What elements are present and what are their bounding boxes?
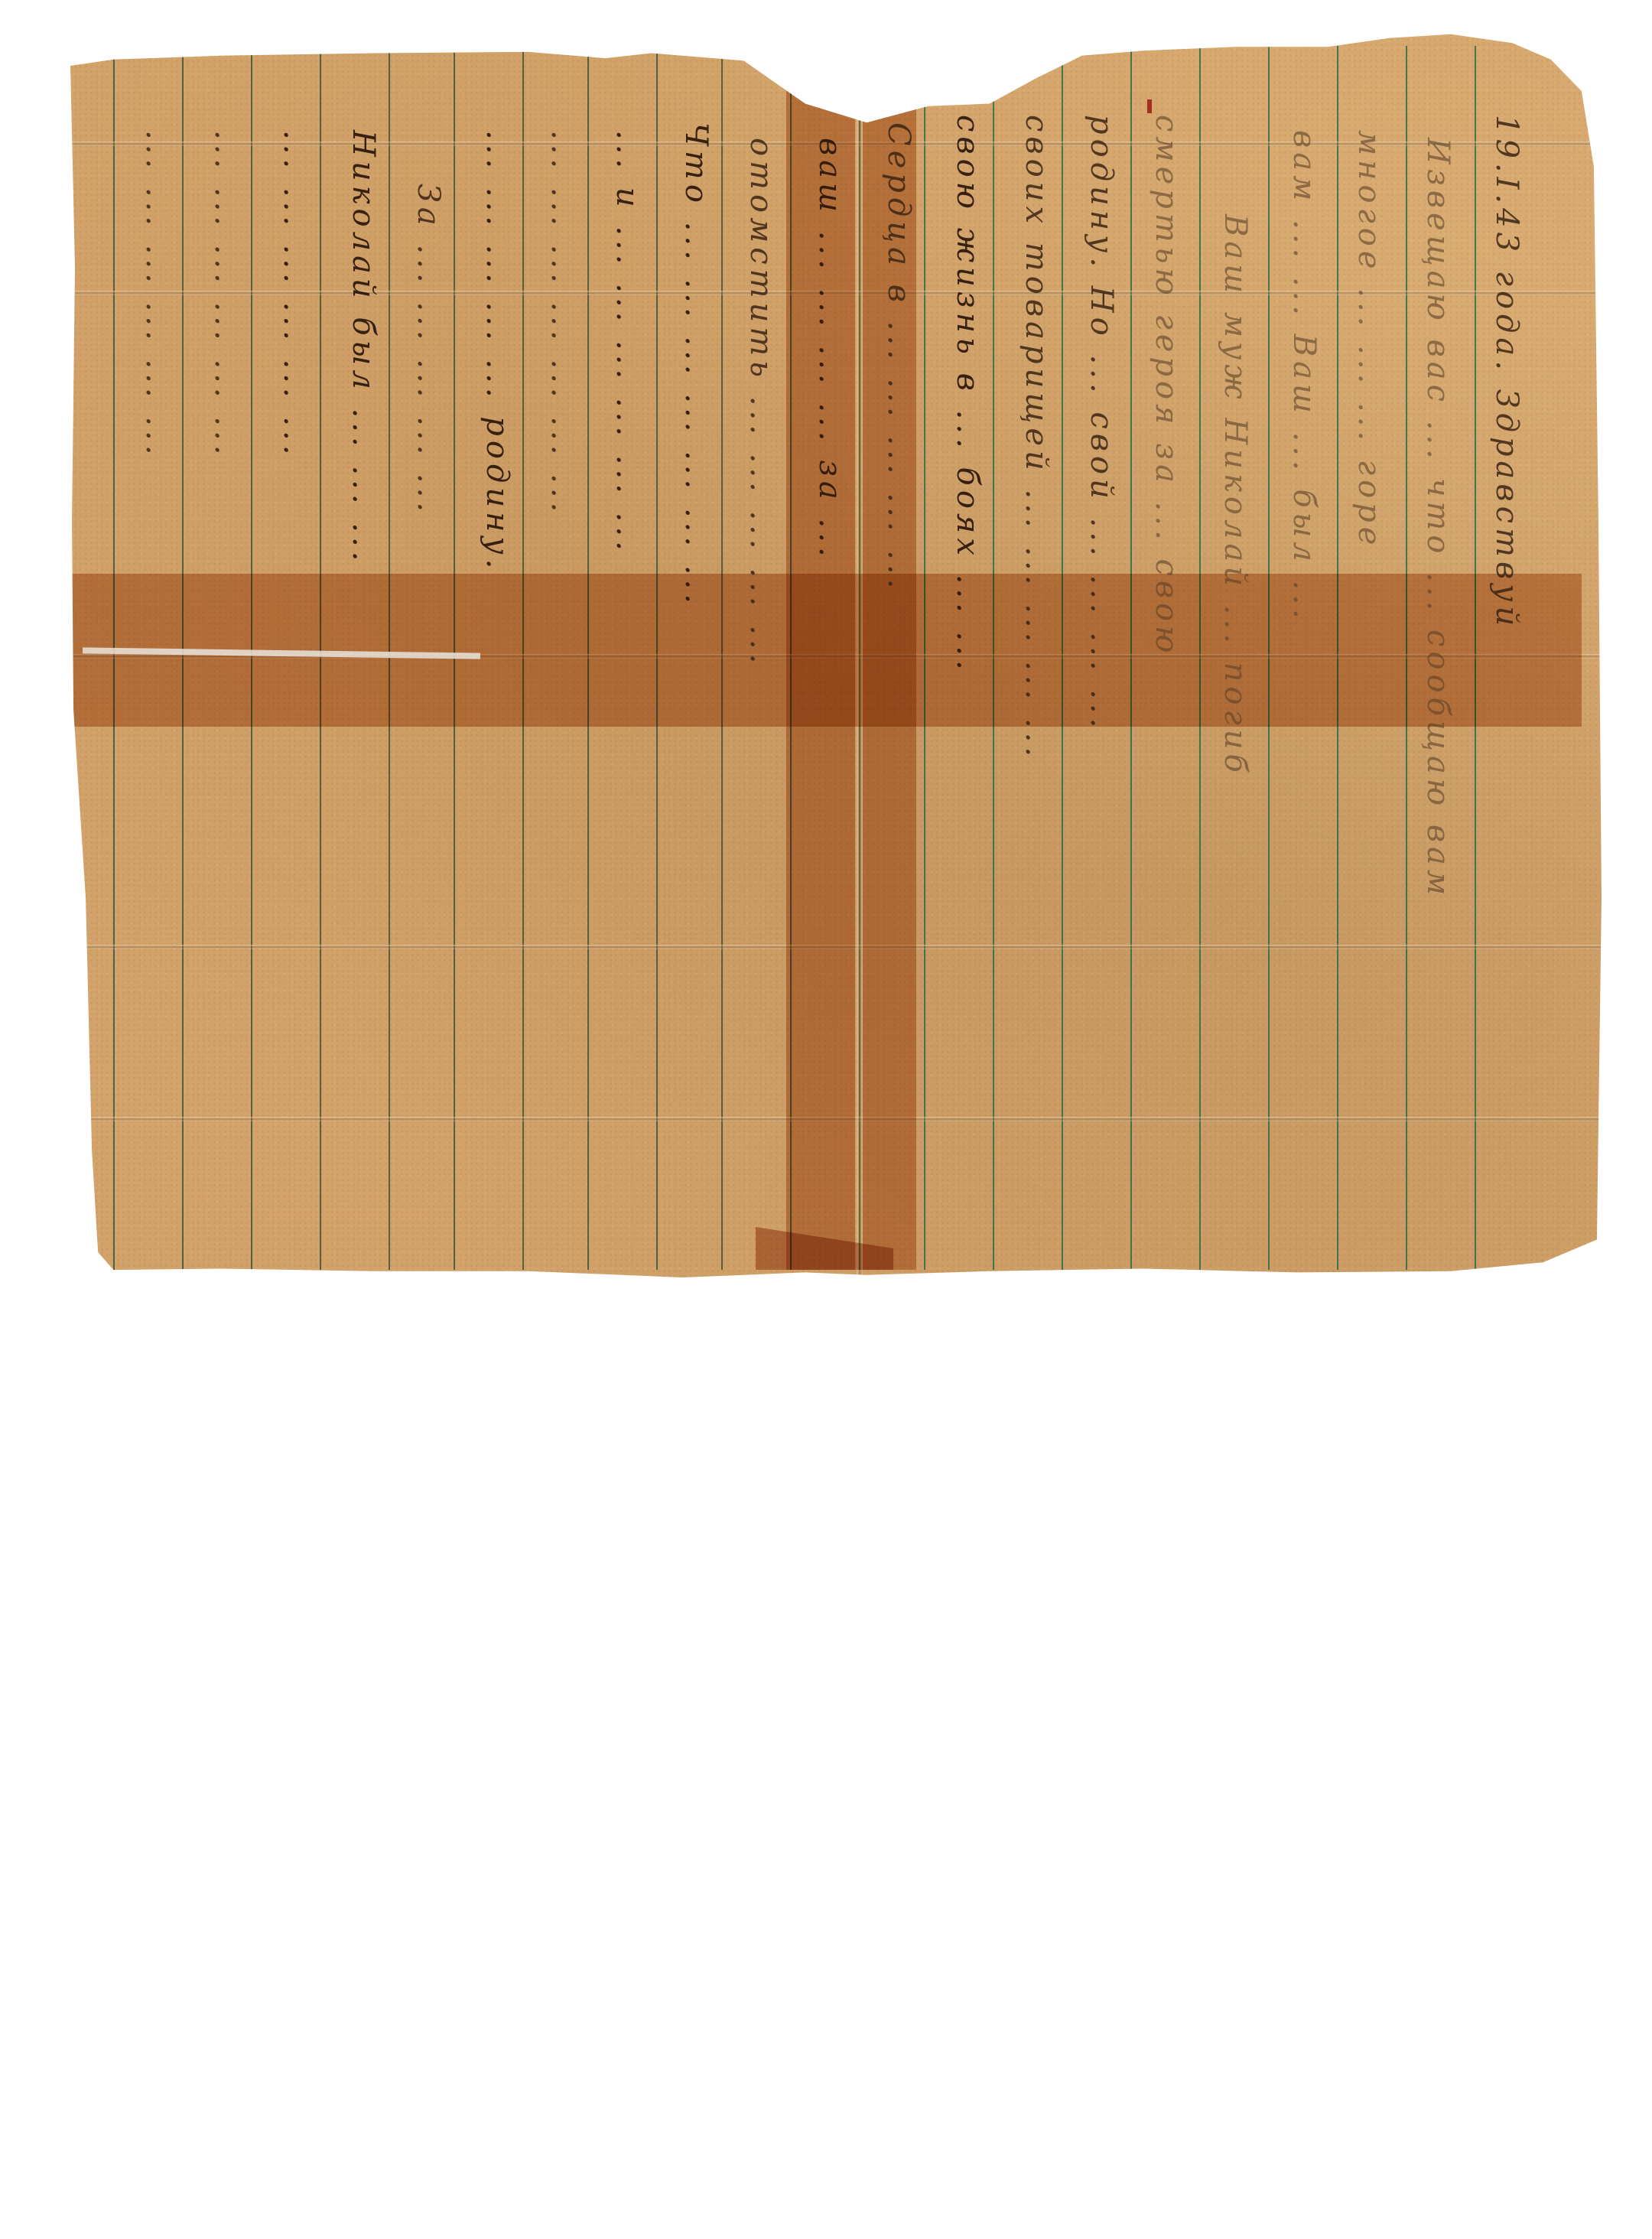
letter-line: Николай был ... ... ...	[346, 130, 381, 565]
letter-line: ... и ... ... ... ... ... ...	[610, 130, 645, 555]
letter-line: Извещаю вас ... что ... сообщаю вам	[1420, 138, 1455, 900]
letter-line: смертью героя за ... свою	[1149, 115, 1184, 657]
red-ink-mark	[1147, 99, 1152, 113]
letter-line: родину. Но ... свой ... ... ... ...	[1084, 115, 1119, 732]
letter-line: Что ... ... ... ... ... ... ...	[678, 122, 714, 608]
letter-line: Сердца в ... ... ... ... ...	[881, 122, 916, 593]
letter-line: вам ... ... Ваш ... был ...	[1286, 130, 1322, 623]
letter-paper: 19.I.43 года. Здравствуй Извещаю вас ...…	[67, 15, 1605, 1277]
letter-line: ... ... ... ... ... ... ...	[545, 130, 580, 516]
letter-date-line: 19.I.43 года. Здравствуй	[1489, 115, 1524, 630]
letter-line: многое ... ... ... горе	[1351, 130, 1387, 549]
letter-line: ... ... ... ... ... ...	[208, 130, 243, 459]
letter-line: свою жизнь в ... боях ... ...	[950, 115, 985, 675]
letter-line: отомстить ... ... ... ... ...	[743, 138, 779, 668]
letter-line: За ... ... ... ... ...	[411, 184, 446, 516]
letter-line: ваш ... ... ... ... за ...	[812, 138, 847, 561]
letter-line: своих товарищей ... ... ... ... ...	[1019, 115, 1054, 761]
letter-line: ... ... ... ... ... родину.	[480, 130, 515, 573]
letter-line: ... ... ... ... ... ...	[277, 130, 312, 459]
letter-line: Ваш муж Николай ... погиб	[1218, 214, 1253, 777]
letter-line: ... ... ... ... ... ...	[139, 130, 174, 459]
scanned-page: 19.I.43 года. Здравствуй Извещаю вас ...…	[0, 0, 1652, 2239]
